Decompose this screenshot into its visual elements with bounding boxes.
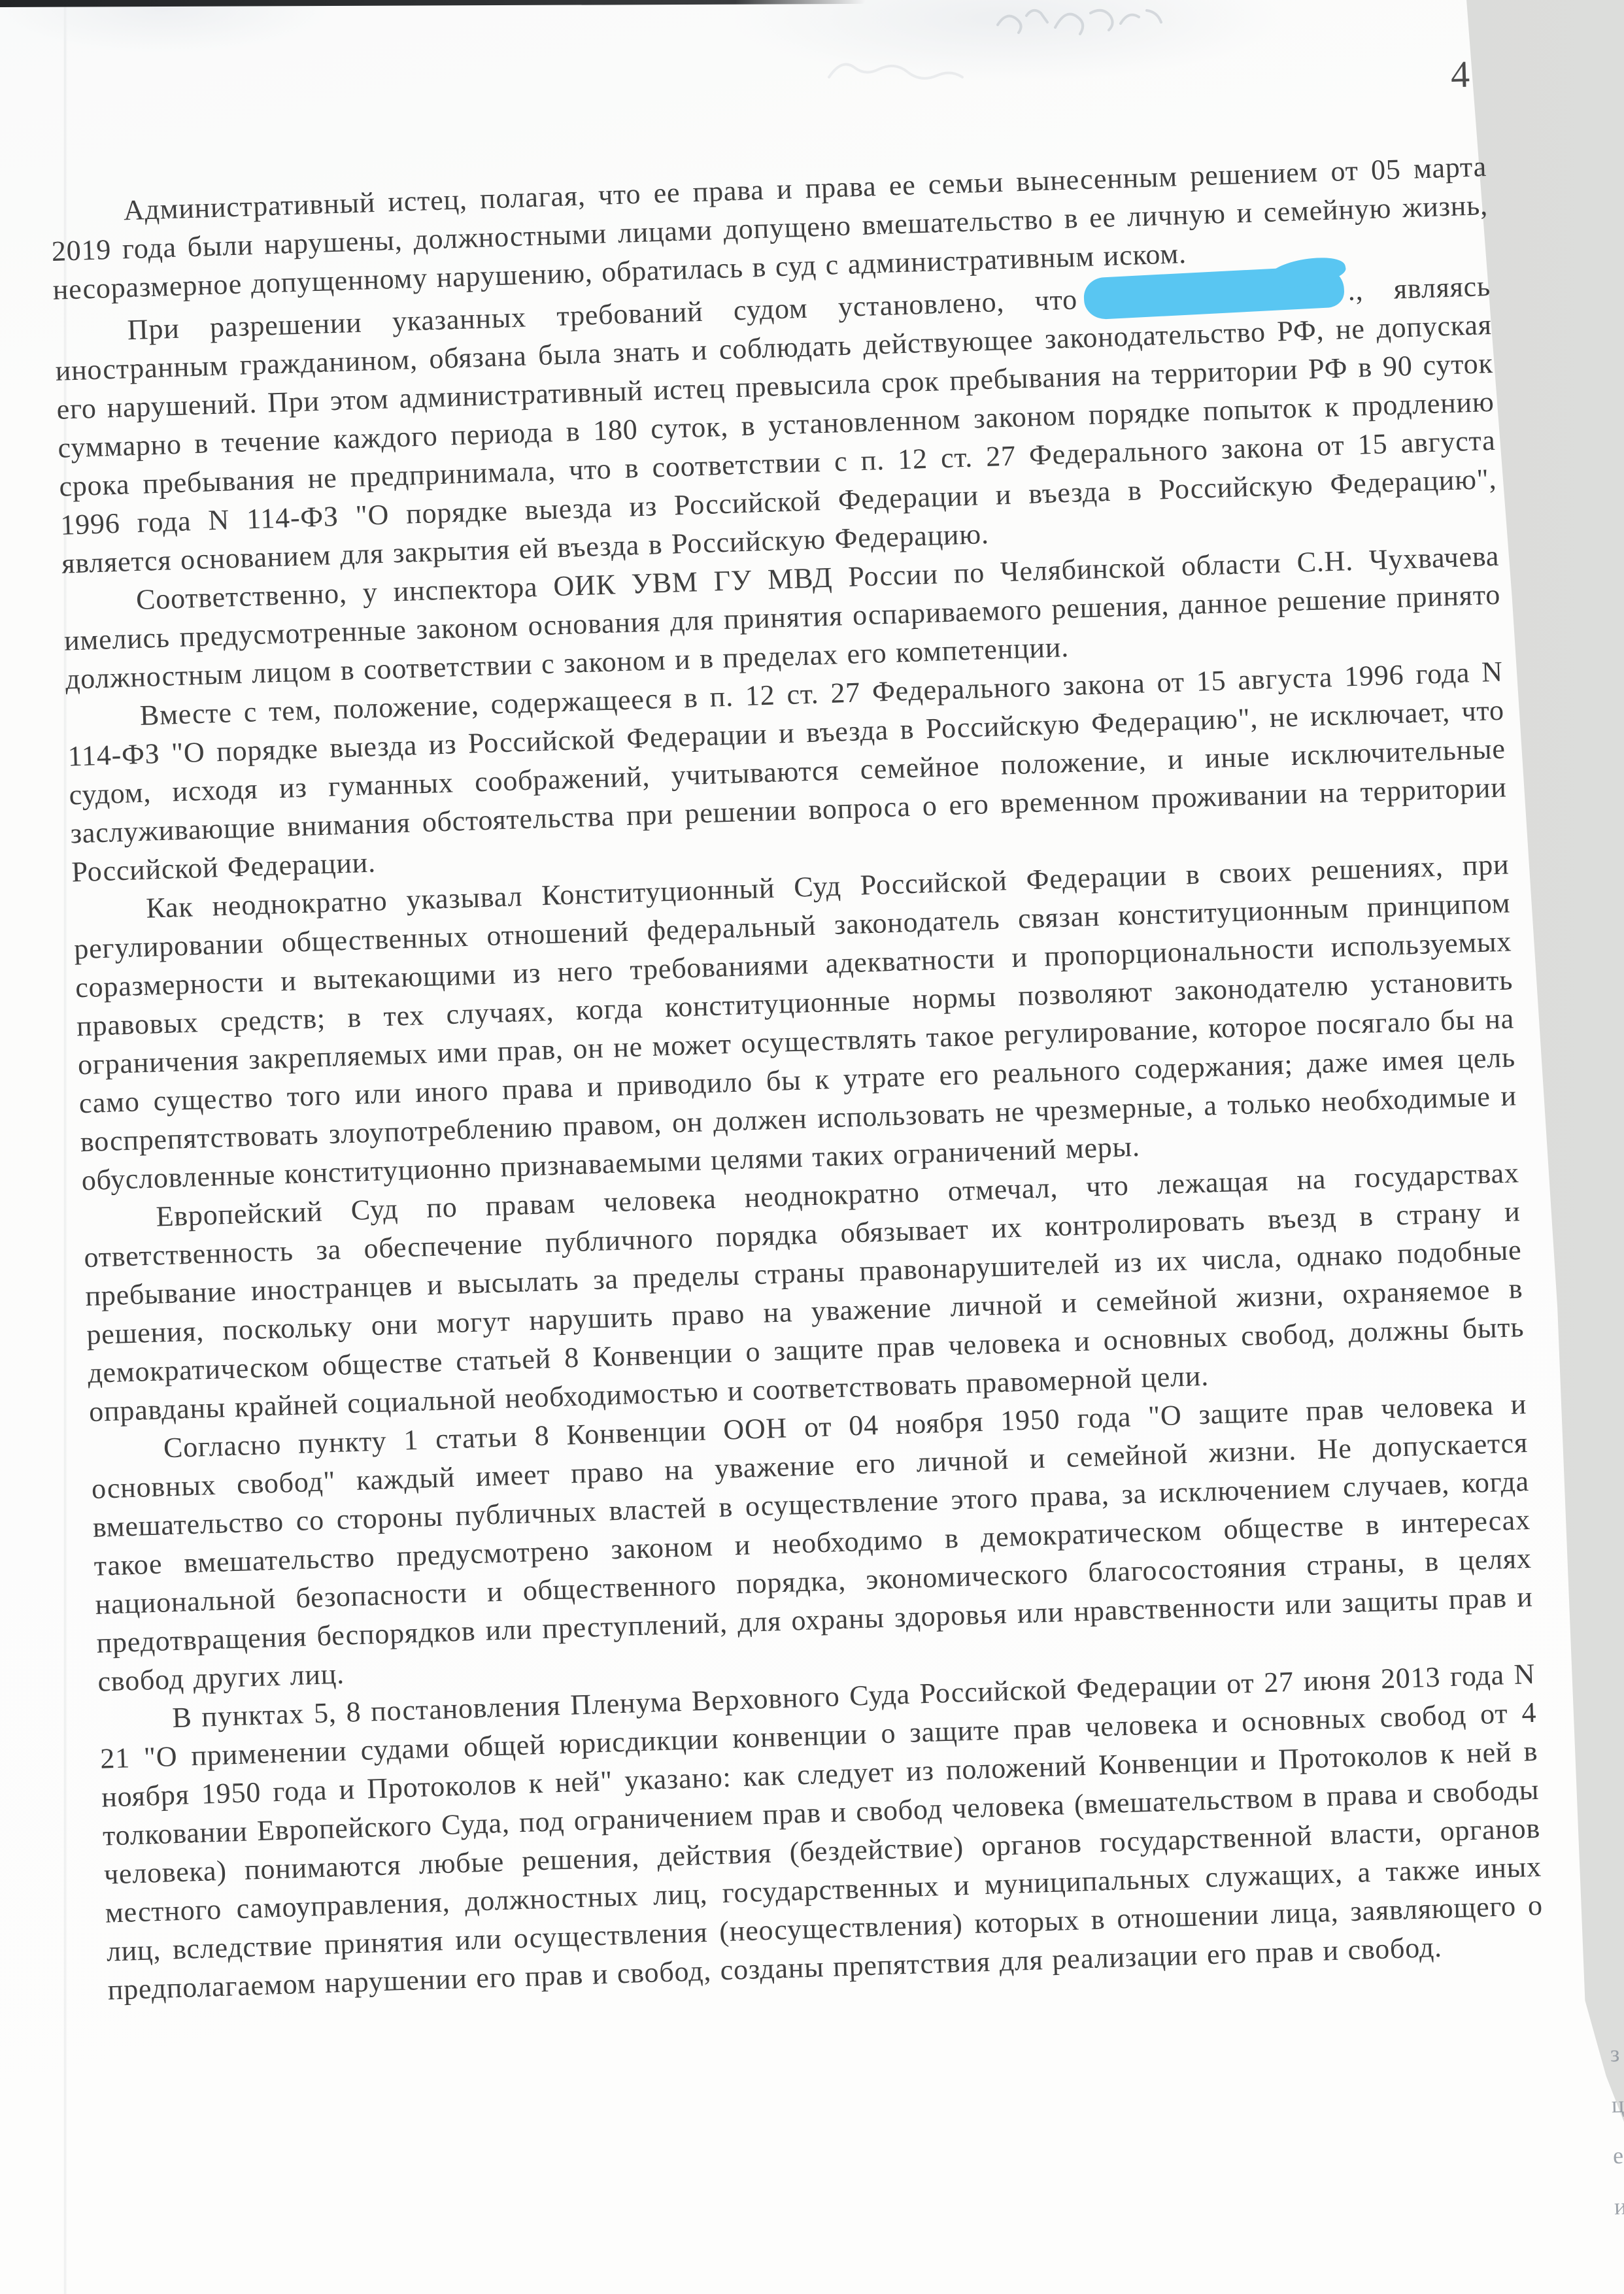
pen-scribble <box>992 1 1189 86</box>
bleed-through-glyphs: зцеи <box>1610 2040 1624 2221</box>
page-number: 4 <box>1450 52 1470 97</box>
paragraph: Согласно пункту 1 статьи 8 Конвенции ООН… <box>90 1385 1534 1701</box>
pen-scribble-faint <box>825 38 969 97</box>
paragraph: При разрешении указанных требований судо… <box>54 263 1498 583</box>
scanned-court-document-page: 4 Административный истец, полагая, что е… <box>0 0 1624 2294</box>
paragraph: Как неоднократно указывал Конституционны… <box>72 845 1518 1200</box>
edge-glyph: з <box>1610 2040 1624 2068</box>
edge-glyph: и <box>1614 2193 1624 2221</box>
paragraph: В пунктах 5, 8 постановления Пленума Вер… <box>98 1655 1544 2010</box>
edge-glyph: ц <box>1611 2091 1624 2119</box>
edge-glyph: е <box>1612 2142 1624 2170</box>
scan-top-edge-artifact <box>0 0 866 7</box>
paragraph: Европейский Суд по правам человека неодн… <box>82 1153 1526 1431</box>
document-body: Административный истец, полагая, что ее … <box>50 147 1545 2010</box>
